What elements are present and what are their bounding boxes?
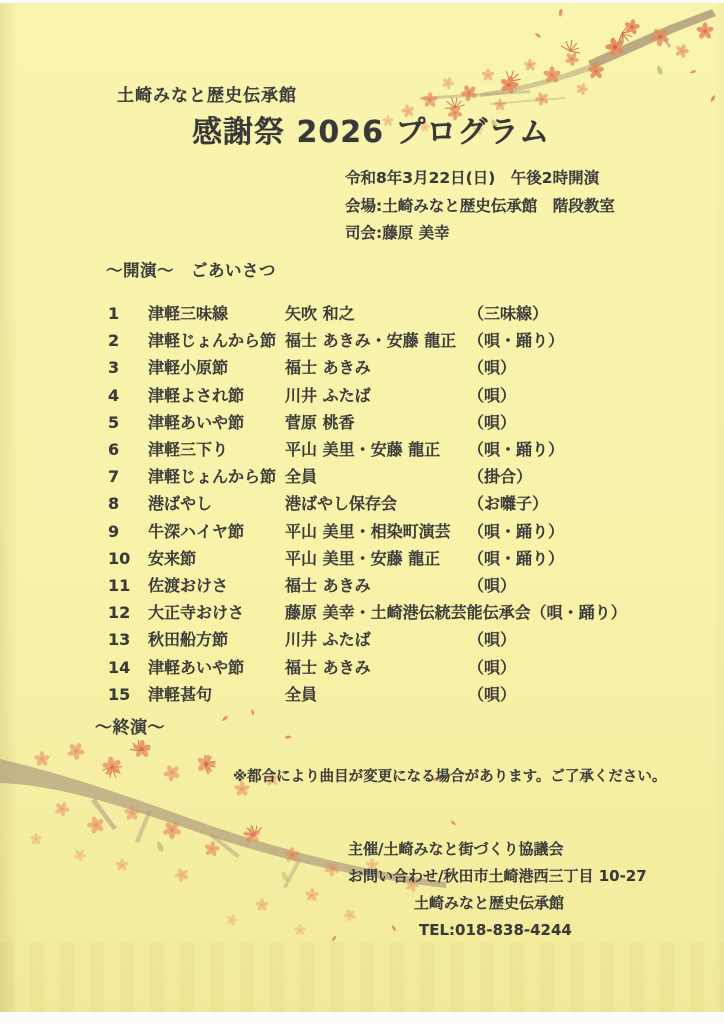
program-item-number: 3 <box>108 354 148 381</box>
program-item-title: 牛深ハイヤ節 <box>148 518 285 545</box>
program-item-title: 津軽あいや節 <box>148 654 285 681</box>
program-item-role: （唄・踊り） <box>468 436 564 463</box>
program-item-performer: 全員 <box>285 463 468 490</box>
program-item-performer: 菅原 桃香 <box>285 409 468 436</box>
program-item-title: 佐渡おけさ <box>148 572 285 599</box>
program-item-title: 秋田船方節 <box>148 626 285 653</box>
program-item-title: 津軽あいや節 <box>148 409 285 436</box>
event-info: 令和8年3月22日(日) 午後2時開演 会場:土崎みなと歴史伝承館 階段教室 司… <box>345 165 615 248</box>
program-item-number: 15 <box>108 681 148 708</box>
program-item-role: （三味線） <box>468 300 548 327</box>
program-item-performer: 福士 あきみ <box>285 654 468 681</box>
program-list: 1津軽三味線矢吹 和之（三味線） 2津軽じょんから節福士 あきみ・安藤 龍正（唄… <box>108 300 627 708</box>
program-item-title: 津軽じょんから節 <box>148 327 285 354</box>
program-item-performer: 川井 ふたば <box>285 626 468 653</box>
program-row: 14津軽あいや節福士 あきみ（唄） <box>108 654 627 681</box>
contact-name-line: 土崎みなと歴史伝承館 <box>348 890 647 917</box>
event-mc: 司会:藤原 美幸 <box>345 220 615 248</box>
program-item-number: 2 <box>108 327 148 354</box>
program-item-role: （唄・踊り） <box>468 545 564 572</box>
program-item-performer: 藤原 美幸・土崎港伝統芸能伝承会 <box>285 599 531 626</box>
scanned-program-flyer: 土崎みなと歴史伝承館 感謝祭 2026 プログラム 令和8年3月22日(日) 午… <box>0 3 724 1012</box>
program-item-performer: 港ばやし保存会 <box>285 490 468 517</box>
program-change-note: ※都合により曲目が変更になる場合があります。ご了承ください。 <box>233 765 666 786</box>
program-item-role: （唄） <box>468 354 516 381</box>
program-item-title: 安来節 <box>148 545 285 572</box>
program-item-number: 9 <box>108 518 148 545</box>
program-item-number: 10 <box>108 545 148 572</box>
event-date-time: 令和8年3月22日(日) 午後2時開演 <box>345 165 615 193</box>
program-row: 1津軽三味線矢吹 和之（三味線） <box>108 300 627 327</box>
program-item-number: 14 <box>108 654 148 681</box>
program-item-performer: 福士 あきみ・安藤 龍正 <box>285 327 468 354</box>
program-item-role: （唄） <box>468 409 516 436</box>
program-row: 12大正寺おけさ藤原 美幸・土崎港伝統芸能伝承会（唄・踊り） <box>108 599 627 626</box>
program-item-role: （唄） <box>468 626 516 653</box>
program-item-number: 12 <box>108 599 148 626</box>
event-venue: 会場:土崎みなと歴史伝承館 階段教室 <box>345 193 615 221</box>
contact-address-line: お問い合わせ/秋田市土崎港西三丁目 10-27 <box>348 863 647 890</box>
page-title: 感謝祭 2026 プログラム <box>192 107 550 151</box>
program-item-role: （唄・踊り） <box>468 518 564 545</box>
organizer-line: 主催/土崎みなと街づくり協議会 <box>348 836 647 863</box>
program-item-performer: 全員 <box>285 681 468 708</box>
program-row: 9牛深ハイヤ節平山 美里・相染町演芸（唄・踊り） <box>108 518 627 545</box>
program-row: 3津軽小原節福士 あきみ（唄） <box>108 354 627 381</box>
program-item-title: 大正寺おけさ <box>148 599 285 626</box>
program-item-title: 港ばやし <box>148 490 285 517</box>
program-item-number: 1 <box>108 300 148 327</box>
organization-name: 土崎みなと歴史伝承館 <box>117 81 297 106</box>
program-row: 10安来節平山 美里・安藤 龍正（唄・踊り） <box>108 545 627 572</box>
program-item-role: （唄） <box>468 382 516 409</box>
program-item-role: （唄） <box>468 572 516 599</box>
program-item-role: （お囃子） <box>468 490 548 517</box>
program-row: 15津軽甚句全員（唄） <box>108 681 627 708</box>
program-row: 7津軽じょんから節全員（掛合） <box>108 463 627 490</box>
program-item-role: （唄） <box>468 681 516 708</box>
program-item-performer: 福士 あきみ <box>285 354 468 381</box>
program-item-performer: 矢吹 和之 <box>285 300 468 327</box>
program-item-title: 津軽よされ節 <box>148 382 285 409</box>
program-item-number: 5 <box>108 409 148 436</box>
program-row: 11佐渡おけさ福士 あきみ（唄） <box>108 572 627 599</box>
program-item-performer: 福士 あきみ <box>285 572 468 599</box>
program-item-performer: 平山 美里・安藤 龍正 <box>285 436 468 463</box>
program-item-number: 7 <box>108 463 148 490</box>
program-item-title: 津軽三下り <box>148 436 285 463</box>
program-row: 4津軽よされ節川井 ふたば（唄） <box>108 382 627 409</box>
program-row: 2津軽じょんから節福士 あきみ・安藤 龍正（唄・踊り） <box>108 327 627 354</box>
program-item-title: 津軽じょんから節 <box>148 463 285 490</box>
program-item-role: （唄・踊り） <box>531 599 627 626</box>
program-row: 13秋田船方節川井 ふたば（唄） <box>108 626 627 653</box>
program-row: 6津軽三下り平山 美里・安藤 龍正（唄・踊り） <box>108 436 627 463</box>
program-item-performer: 平山 美里・相染町演芸 <box>285 518 468 545</box>
program-item-performer: 川井 ふたば <box>285 382 468 409</box>
program-item-number: 4 <box>108 382 148 409</box>
program-item-number: 6 <box>108 436 148 463</box>
program-item-number: 11 <box>108 572 148 599</box>
tel-line: TEL:018-838-4244 <box>348 917 647 944</box>
program-item-title: 津軽甚句 <box>148 681 285 708</box>
program-row: 5津軽あいや節菅原 桃香（唄） <box>108 409 627 436</box>
program-item-number: 8 <box>108 490 148 517</box>
footer-contact-block: 主催/土崎みなと街づくり協議会 お問い合わせ/秋田市土崎港西三丁目 10-27 … <box>348 836 647 944</box>
program-item-title: 津軽三味線 <box>148 300 285 327</box>
program-item-role: （掛合） <box>468 463 532 490</box>
program-item-performer: 平山 美里・安藤 龍正 <box>285 545 468 572</box>
program-item-title: 津軽小原節 <box>148 354 285 381</box>
closing-label: 〜終演〜 <box>95 713 165 738</box>
program-row: 8港ばやし港ばやし保存会（お囃子） <box>108 490 627 517</box>
opening-label: 〜開演〜 ごあいさつ <box>106 257 276 281</box>
program-item-number: 13 <box>108 626 148 653</box>
program-item-role: （唄） <box>468 654 516 681</box>
program-item-role: （唄・踊り） <box>468 327 564 354</box>
